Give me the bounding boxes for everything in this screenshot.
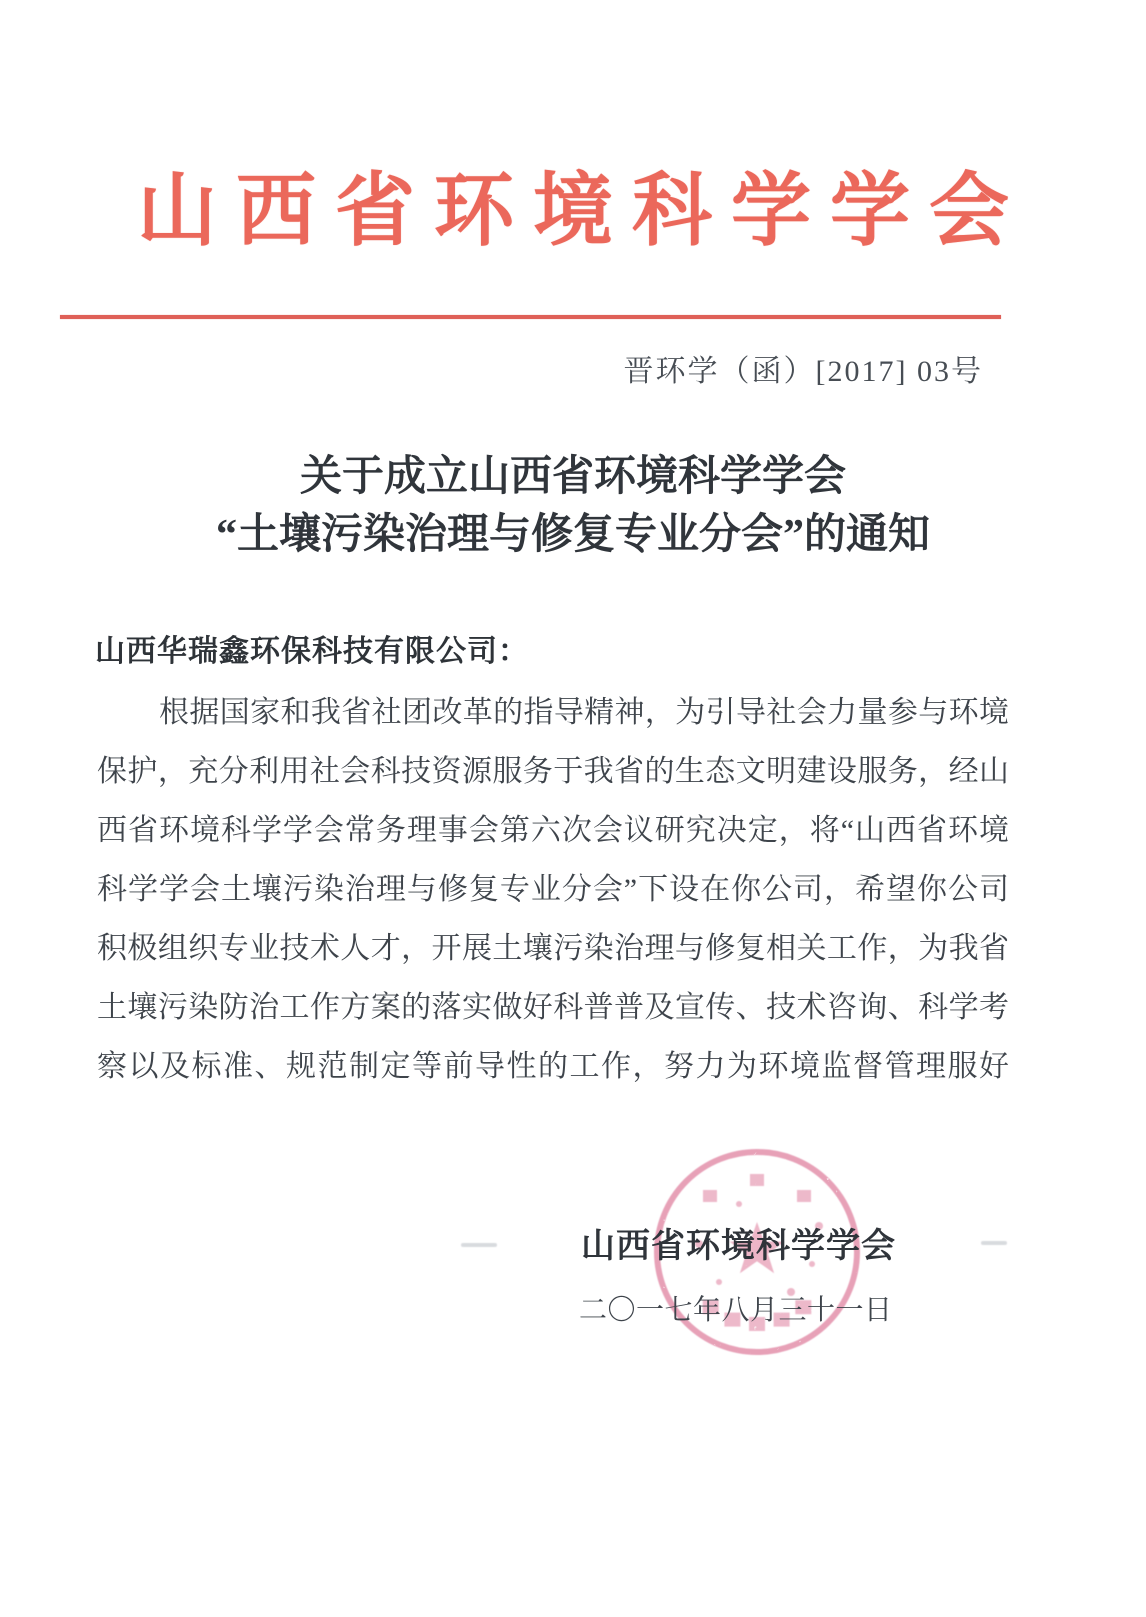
body-line: 积极组织专业技术人才，开展土壤污染治理与修复相关工作，为我省 — [97, 919, 1009, 978]
letter-page: 山西省环境科学学会 晋环学（函）[2017] 03号 关于成立山西省环境科学学会… — [0, 0, 1146, 1617]
letterhead-title: 山西省环境科学学会 — [0, 172, 1146, 254]
scan-streak — [461, 1243, 497, 1247]
notice-title: 关于成立山西省环境科学学会 “土壤污染治理与修复专业分会”的通知 — [0, 448, 1146, 564]
notice-title-line2: “土壤污染治理与修复专业分会”的通知 — [0, 506, 1146, 564]
body-line: 根据国家和我省社团改革的指导精神，为引导社会力量参与环境 — [97, 683, 1009, 742]
body-line: 察以及标准、规范制定等前导性的工作，努力为环境监督管理服好务。 — [97, 1037, 1009, 1096]
signature-date: 二〇一七年八月三十一日 — [579, 1288, 893, 1328]
body-paragraph: 根据国家和我省社团改革的指导精神，为引导社会力量参与环境 保护，充分利用社会科技… — [97, 683, 1009, 1096]
signature-org: 山西省环境科学学会 — [581, 1218, 896, 1267]
document-number: 晋环学（函）[2017] 03号 — [624, 346, 983, 390]
scan-streak — [981, 1241, 1007, 1245]
salutation: 山西华瑞鑫环保科技有限公司： — [95, 626, 529, 670]
body-line: 西省环境科学学会常务理事会第六次会议研究决定，将“山西省环境 — [97, 801, 1009, 860]
body-line: 保护，充分利用社会科技资源服务于我省的生态文明建设服务，经山 — [97, 742, 1009, 801]
notice-title-line1: 关于成立山西省环境科学学会 — [0, 448, 1146, 506]
body-line: 土壤污染防治工作方案的落实做好科普普及宣传、技术咨询、科学考 — [97, 978, 1009, 1037]
body-line: 科学学会土壤污染治理与修复专业分会”下设在你公司，希望你公司 — [97, 860, 1009, 919]
red-divider-line — [60, 315, 1001, 319]
